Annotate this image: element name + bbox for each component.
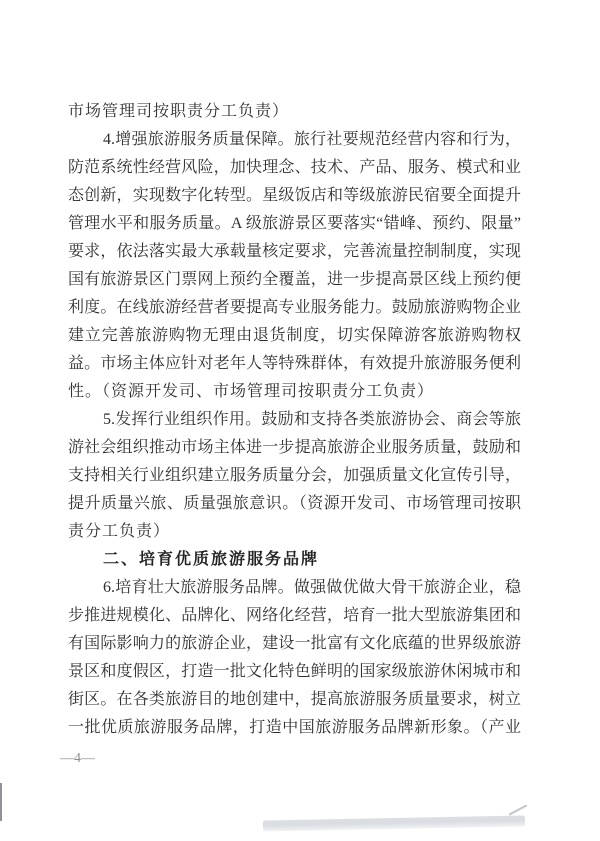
text-line: 国有旅游景区门票网上预约全覆盖，进一步提高景区线上预约便	[68, 266, 521, 294]
text-line: 6.培育壮大旅游服务品牌。做强做优做大骨干旅游企业，稳	[68, 574, 521, 602]
text-line: 有国际影响力的旅游企业，建设一批富有文化底蕴的世界级旅游	[68, 630, 521, 658]
scan-artifact-streak-tick	[509, 804, 528, 815]
text-line: 步推进规模化、品牌化、网络化经营，培育一批大型旅游集团和	[68, 602, 521, 630]
text-line: 4.增强旅游服务质量保障。旅行社要规范经营内容和行为，	[68, 126, 521, 154]
text-line: 提升质量兴旅、质量强旅意识。（资源开发司、市场管理司按职	[68, 490, 521, 518]
text-line: 益。市场主体应针对老年人等特殊群体，有效提升旅游服务便利	[68, 350, 521, 378]
text-line: 市场管理司按职责分工负责）	[68, 98, 521, 126]
text-line: 游社会组织推动市场主体进一步提高旅游企业服务质量，鼓励和	[68, 434, 521, 462]
text-line: 防范系统性经营风险，加快理念、技术、产品、服务、模式和业	[68, 154, 521, 182]
text-line: 利度。在线旅游经营者要提高专业服务能力。鼓励旅游购物企业	[68, 294, 521, 322]
text-line: 态创新，实现数字化转型。星级饭店和等级旅游民宿要全面提升	[68, 182, 521, 210]
text-line: 5.发挥行业组织作用。鼓励和支持各类旅游协会、商会等旅	[68, 406, 521, 434]
text-line: 街区。在各类旅游目的地创建中，提高旅游服务质量要求，树立	[68, 686, 521, 714]
section-heading: 二、培育优质旅游服务品牌	[68, 546, 521, 574]
text-line: 景区和度假区，打造一批文化特色鲜明的国家级旅游休闲城市和	[68, 658, 521, 686]
text-line: 支持相关行业组织建立服务质量分会，加强质量文化宣传引导，	[68, 462, 521, 490]
text-line: 性。（资源开发司、市场管理司按职责分工负责）	[68, 378, 521, 406]
text-line: 责分工负责）	[68, 518, 521, 546]
document-body: 市场管理司按职责分工负责）4.增强旅游服务质量保障。旅行社要规范经营内容和行为，…	[68, 98, 521, 742]
text-line: 一批优质旅游服务品牌，打造中国旅游服务品牌新形象。（产业	[68, 714, 521, 742]
text-line: 建立完善旅游购物无理由退货制度，切实保障游客旅游购物权	[68, 322, 521, 350]
scan-artifact-bottom-streak	[263, 815, 525, 831]
scanned-document-page: 市场管理司按职责分工负责）4.增强旅游服务质量保障。旅行社要规范经营内容和行为，…	[0, 0, 600, 841]
page-number: —4—	[60, 750, 95, 768]
scan-artifact-left-edge	[0, 783, 2, 821]
text-line: 要求，依法落实最大承载量核定要求，完善流量控制制度，实现	[68, 238, 521, 266]
text-line: 管理水平和服务质量。A 级旅游景区要落实“错峰、预约、限量”	[68, 210, 521, 238]
